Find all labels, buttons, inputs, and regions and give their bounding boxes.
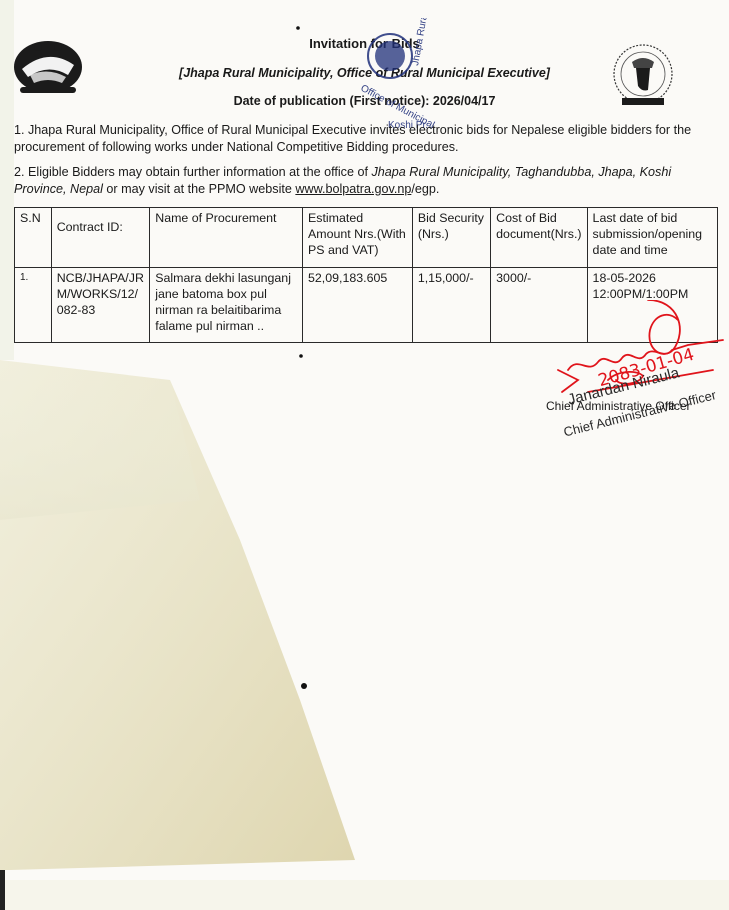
- cell-sn: 1.: [15, 268, 52, 343]
- ppmo-website-link[interactable]: www.bolpatra.gov.np: [295, 182, 411, 196]
- header-procurement-name: Name of Procurement: [150, 208, 303, 268]
- header-contract-id-label: Contract ID:: [57, 219, 123, 235]
- header-document-cost: Cost of Bid document(Nrs.): [491, 208, 587, 268]
- cell-procurement-name: Salmara dekhi lasunganj jane batoma box …: [150, 268, 303, 343]
- cell-estimated-amount: 52,09,183.605: [303, 268, 413, 343]
- paragraph2-prefix: 2. Eligible Bidders may obtain further i…: [14, 165, 371, 179]
- office-stamp: Office of Municipal Jhapa Rural Municipa…: [338, 18, 458, 133]
- cell-contract-id: NCB/JHAPA/JRM/WORKS/12/082-83: [51, 268, 150, 343]
- header-contract-id: Contract ID:: [51, 208, 150, 268]
- header-estimated-amount: Estimated Amount Nrs.(With PS and VAT): [303, 208, 413, 268]
- header-last-date: Last date of bid submission/opening date…: [587, 208, 717, 268]
- paragraph-information: 2. Eligible Bidders may obtain further i…: [14, 164, 714, 198]
- last-date-value: 18-05-2026: [593, 270, 712, 286]
- cell-bid-security: 1,15,000/-: [412, 268, 490, 343]
- paragraph-invitation: 1. Jhapa Rural Municipality, Office of R…: [14, 122, 714, 156]
- svg-text:Jhapa Rural Municipality: Jhapa Rural Municipality: [410, 18, 440, 67]
- table-header-row: S.N Contract ID: Name of Procurement Est…: [15, 208, 718, 268]
- header-sn: S.N: [15, 208, 52, 268]
- header-bid-security: Bid Security (Nrs.): [412, 208, 490, 268]
- paragraph2-middle: or may visit at the PPMO website: [103, 182, 295, 196]
- paragraph2-suffix: /egp.: [411, 182, 439, 196]
